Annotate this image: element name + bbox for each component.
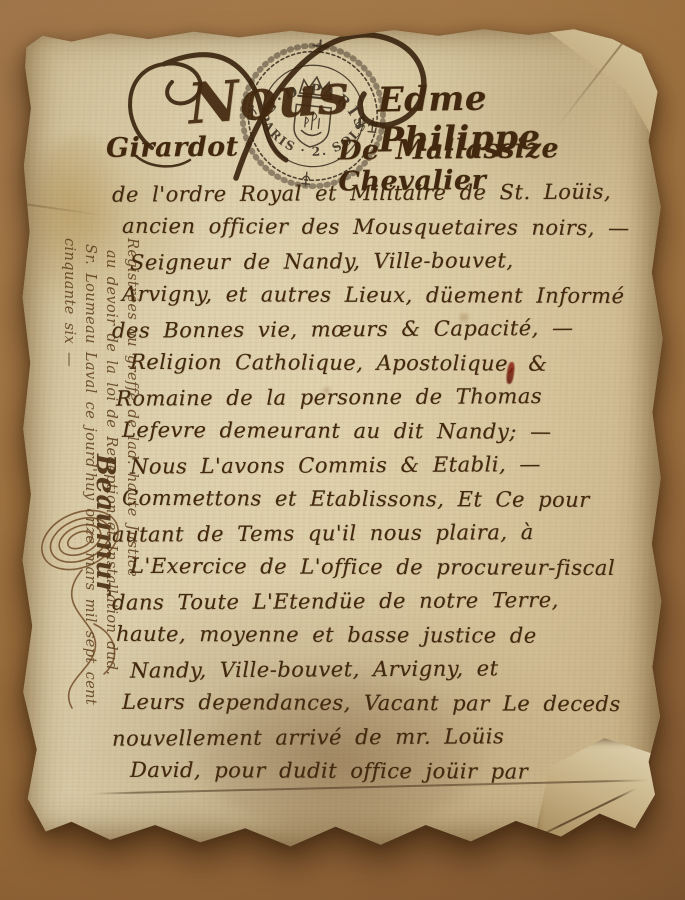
manuscript-line: de l'ordre Royal et Militaire de St. Loü… (112, 174, 657, 211)
manuscript-line: autant de Tems qu'il nous plaira, à (112, 514, 657, 551)
manuscript-line: ancien officier des Mousquetaires noirs,… (122, 209, 657, 245)
manuscript-line: Arvigny, et autres Lieux, düement Inform… (122, 277, 657, 313)
manuscript-paper: G·D·PARIS PARIS · 2. SOLS Nous Edme Phil… (20, 26, 664, 848)
manuscript-line: Nous L'avons Commis & Etabli, — (130, 446, 657, 483)
manuscript-body: de l'ordre Royal et Militaire de St. Loü… (112, 176, 657, 788)
manuscript-line: Romaine de la personne de Thomas (116, 378, 657, 415)
manuscript-line: Seigneur de Nandy, Ville-bouvet, (130, 242, 657, 279)
manuscript-line: Commettons et Etablissons, Et Ce pour (122, 481, 657, 517)
manuscript-line: Leurs dependances, Vacant par Le deceds (122, 685, 657, 721)
manuscript-line: Lefevre demeurant au dit Nandy; — (122, 413, 657, 449)
manuscript-line: des Bonnes vie, mœurs & Capacité, — (112, 310, 657, 347)
crease-line-left (14, 202, 103, 216)
crease-bottom-right (528, 788, 637, 842)
photo-backdrop: { "page": { "backdrop_color": "#a5753f",… (0, 0, 685, 900)
opening-word: Nous (186, 60, 351, 137)
manuscript-line: nouvellement arrivé de mr. Loüis (112, 718, 657, 755)
manuscript-line: dans Toute L'Etendüe de notre Terre, (112, 582, 657, 619)
headline-title-line: Girardot De Mallassize Chevalier (106, 127, 666, 164)
signature-paraph-icon (32, 474, 136, 724)
manuscript-line: haute, moyenne et basse justice de (116, 617, 657, 653)
headline-surname: Girardot (106, 132, 239, 164)
manuscript-line: David, pour dudit office joüir par (130, 753, 657, 789)
manuscript-line: Nandy, Ville-bouvet, Arvigny, et (130, 650, 657, 687)
manuscript-line: L'Exercice de L'office de procureur-fisc… (130, 549, 657, 585)
manuscript-paper-wrapper: G·D·PARIS PARIS · 2. SOLS Nous Edme Phil… (20, 26, 664, 848)
manuscript-line: Religion Catholique, Apostolique, & (130, 345, 657, 381)
